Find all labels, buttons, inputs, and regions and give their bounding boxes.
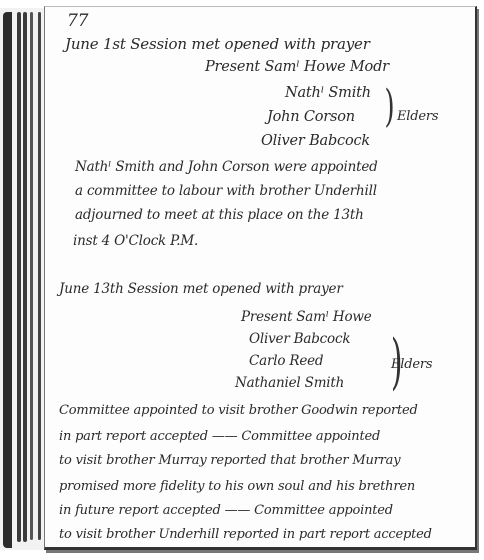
entry-1-heading: June 1st Session met opened with prayer [65,35,370,53]
entry-1-member: Nathˡ Smith [285,85,371,101]
entry-2-member: Oliver Babcock [249,331,350,347]
entry-2-body-line: promised more fidelity to his own soul a… [59,479,415,494]
entry-1-role: Elders [397,109,438,124]
book-binding-edge [0,8,46,550]
entry-1-body-line: adjourned to meet at this place on the 1… [75,207,364,223]
entry-2-present: Present Samˡ Howe [241,309,372,325]
binding-strip [38,12,41,540]
entry-1-present: Present Samˡ Howe Modr [205,59,389,75]
ledger-page: 77 June 1st Session met opened with pray… [44,6,477,550]
binding-strip [23,12,27,542]
entry-1-member: Oliver Babcock [261,133,370,149]
entry-2-member: Carlo Reed [249,353,323,369]
entry-1-body-line: inst 4 O'Clock P.M. [73,233,198,249]
entry-2-body-line: Committee appointed to visit brother Goo… [59,403,418,418]
entry-1-body-line: a committee to labour with brother Under… [75,183,377,199]
brace-mark: ) [384,81,394,132]
binding-strip [17,12,21,542]
entry-1-body-line: Nathˡ Smith and John Corson were appoint… [75,159,378,175]
entry-2-heading: June 13th Session met opened with prayer [59,281,343,297]
entry-2-body-line: in part report accepted —— Committee app… [59,429,380,444]
entry-1-member: John Corson [267,109,355,125]
binding-strip [3,12,12,548]
entry-2-member: Nathaniel Smith [235,375,344,391]
page-number: 77 [67,11,88,31]
entry-2-body-line: to visit brother Murray reported that br… [59,453,400,468]
entry-2-role: Elders [391,357,432,372]
entry-2-body-line: in future report accepted —— Committee a… [59,503,393,518]
binding-strip [30,12,33,540]
entry-2-body-line: to visit brother Underhill reported in p… [59,527,432,542]
